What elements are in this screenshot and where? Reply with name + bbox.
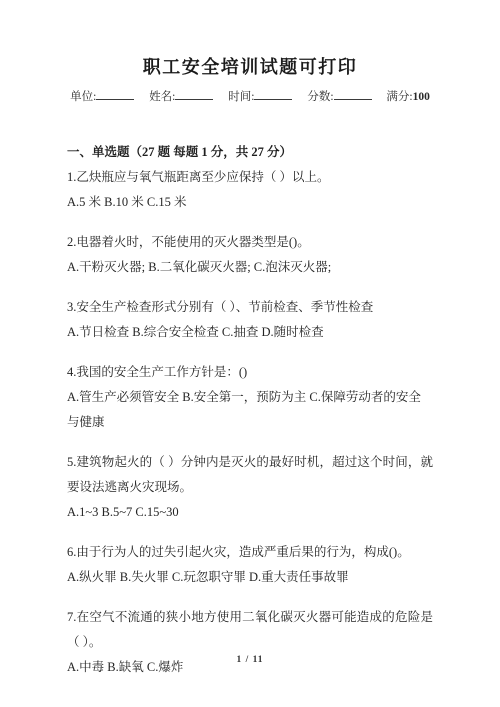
page-title: 职工安全培训试题可打印 (67, 55, 433, 79)
question-text: 3.安全生产检查形式分别有（ ）、节前检查、季节性检查 (67, 295, 433, 320)
field-score: 分数: (307, 91, 371, 103)
field-unit: 单位: (70, 91, 134, 103)
name-blank-line (175, 88, 213, 100)
question-text: 2.电器着火时，不能使用的灭火器类型是()。 (67, 230, 433, 255)
question-block-6: 6.由于行为人的过失引起火灾，造成严重后果的行为，构成()。 A.纵火罪 B.失… (67, 540, 433, 590)
field-full-score: 满分:100 (386, 91, 429, 103)
question-options: A.干粉灭火器; B.二氧化碳灭火器; C.泡沫灭火器; (67, 255, 433, 280)
question-block-4: 4.我国的安全生产工作方针是：() A.管生产必须管安全 B.安全第一，预防为主… (67, 360, 433, 435)
question-text: 4.我国的安全生产工作方针是：() (67, 360, 433, 385)
unit-blank-line (96, 88, 134, 100)
field-name: 姓名: (149, 91, 213, 103)
question-text: 5.建筑物起火的（ ）分钟内是灭火的最好时机，超过这个时间，就要设法逃离火灾现场… (67, 450, 433, 500)
question-block-1: 1.乙炔瓶应与氧气瓶距离至少应保持（ ）以上。 A.5 米 B.10 米 C.1… (67, 165, 433, 215)
field-time: 时间: (228, 91, 292, 103)
field-full-score-label: 满分: (386, 91, 412, 103)
question-text: 1.乙炔瓶应与氧气瓶距离至少应保持（ ）以上。 (67, 165, 433, 190)
question-block-2: 2.电器着火时，不能使用的灭火器类型是()。 A.干粉灭火器; B.二氧化碳灭火… (67, 230, 433, 280)
question-options: A.管生产必须管安全 B.安全第一，预防为主 C.保障劳动者的安全与健康 (67, 385, 433, 435)
question-text: 6.由于行为人的过失引起火灾，造成严重后果的行为，构成()。 (67, 540, 433, 565)
question-options: A.节日检查 B.综合安全检查 C.抽查 D.随时检查 (67, 320, 433, 345)
question-list: 1.乙炔瓶应与氧气瓶距离至少应保持（ ）以上。 A.5 米 B.10 米 C.1… (67, 165, 433, 680)
question-options: A.纵火罪 B.失火罪 C.玩忽职守罪 D.重大责任事故罪 (67, 565, 433, 590)
question-text: 7.在空气不流通的狭小地方使用二氧化碳灭火器可能造成的危险是（ ）。 (67, 605, 433, 655)
question-options: A.5 米 B.10 米 C.15 米 (67, 190, 433, 215)
question-block-3: 3.安全生产检查形式分别有（ ）、节前检查、季节性检查 A.节日检查 B.综合安… (67, 295, 433, 345)
question-options: A.1~3 B.5~7 C.15~30 (67, 500, 433, 525)
section-heading: 一、单选题（27 题 每题 1 分，共 27 分） (67, 140, 433, 165)
full-score-value: 100 (413, 91, 430, 103)
score-blank-line (334, 88, 372, 100)
question-block-7: 7.在空气不流通的狭小地方使用二氧化碳灭火器可能造成的危险是（ ）。 A.中毒 … (67, 605, 433, 680)
time-blank-line (254, 88, 292, 100)
field-name-label: 姓名: (149, 91, 175, 103)
header-fields: 单位: 姓名: 时间: 分数: 满分:100 (67, 88, 433, 106)
question-block-5: 5.建筑物起火的（ ）分钟内是灭火的最好时机，超过这个时间，就要设法逃离火灾现场… (67, 450, 433, 525)
page-number-footer: 1 / 11 (0, 653, 500, 667)
field-unit-label: 单位: (70, 91, 96, 103)
exam-document-page: 职工安全培训试题可打印 单位: 姓名: 时间: 分数: 满分:100 一、单选题… (0, 0, 500, 707)
field-time-label: 时间: (228, 91, 254, 103)
field-score-label: 分数: (307, 91, 333, 103)
